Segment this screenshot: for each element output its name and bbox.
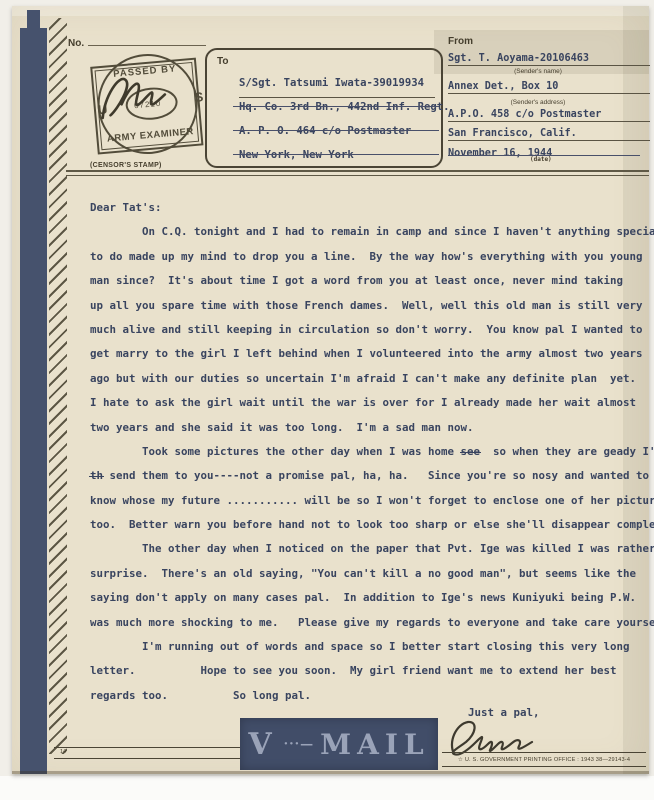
- sender-name: Sgt. T. Aoyama-20106463: [448, 53, 650, 66]
- vmail-logo: V ···— MAIL: [240, 718, 438, 770]
- printing-office-text: ☆ U. S. GOVERNMENT PRINTING OFFICE : 194…: [458, 757, 630, 763]
- struck-text: see: [461, 445, 481, 458]
- printing-office-strip: ☆ U. S. GOVERNMENT PRINTING OFFICE : 194…: [442, 752, 646, 767]
- sender-address-line2: A.P.O. 458 c/o Postmaster: [448, 109, 650, 122]
- body-line: ago but with our duties so uncertain I'm…: [90, 367, 652, 391]
- to-address-line: New York, New York: [239, 146, 435, 170]
- body-line: too. Better warn you before hand not to …: [90, 513, 652, 537]
- vmail-letter-scan: No. PASSED BY U 07210 S ARMY EXAMINER (C…: [0, 0, 654, 800]
- vmail-logo-text: V ···— MAIL: [248, 727, 429, 762]
- number-label: No.: [68, 38, 84, 49]
- paper-bottom-edge: [12, 771, 649, 774]
- left-border-tab: [27, 10, 40, 30]
- body-line: was much more shocking to me. Please giv…: [90, 611, 652, 635]
- body-line: Took some pictures the other day when I …: [90, 440, 652, 464]
- body-line: regards too. So long pal.: [90, 684, 652, 708]
- to-address-box: To S/Sgt. Tatsumi Iwata-39019934Hq. Co. …: [205, 48, 443, 168]
- from-section: From Sgt. T. Aoyama-20106463 (Sender's n…: [448, 36, 650, 159]
- to-address-line: A. P. O. 464 c/o Postmaster: [239, 122, 435, 146]
- left-border-bar: [20, 28, 47, 774]
- letter-body: Dear Tat's: On C.Q. tonight and I had to…: [90, 196, 652, 708]
- form-page-number: 14: [60, 749, 66, 755]
- body-line: saying don't apply on many cases pal. In…: [90, 586, 652, 610]
- footer-rule: [54, 747, 244, 748]
- vmail-form-paper: No. PASSED BY U 07210 S ARMY EXAMINER (C…: [12, 6, 649, 774]
- body-line: know whose my future ........... will be…: [90, 489, 652, 513]
- body-line: letter. Hope to see you soon. My girl fr…: [90, 659, 652, 683]
- censor-signature-scrawl: [88, 58, 194, 136]
- body-line: I hate to ask the girl wait until the wa…: [90, 391, 652, 415]
- body-line: get marry to the girl I left behind when…: [90, 342, 652, 366]
- letter-date: November 16, 1944 (date): [448, 148, 650, 159]
- stamp-letter-s: S: [194, 89, 204, 105]
- censor-stamp: PASSED BY U 07210 S ARMY EXAMINER: [80, 49, 217, 168]
- sender-address-caption: (Sender's address): [458, 99, 618, 106]
- vmail-logo-morse-code: ···—: [284, 737, 315, 752]
- to-address-lines: S/Sgt. Tatsumi Iwata-39019934Hq. Co. 3rd…: [239, 74, 435, 170]
- header-body-divider: [66, 170, 649, 176]
- vmail-logo-mail: MAIL: [320, 728, 430, 761]
- body-line: I'm running out of words and space so I …: [90, 635, 652, 659]
- body-line: two years and she said it was too long. …: [90, 416, 652, 440]
- body-line: On C.Q. tonight and I had to remain in c…: [90, 220, 652, 244]
- sender-address-line1: Annex Det., Box 10: [448, 81, 650, 94]
- scan-background: [0, 776, 654, 800]
- body-line: Dear Tat's:: [90, 196, 652, 220]
- from-label: From: [448, 36, 650, 47]
- struck-text: th: [90, 469, 103, 482]
- body-line: surprise. There's an old saying, "You ca…: [90, 562, 652, 586]
- vmail-logo-v: V: [248, 727, 273, 762]
- paper-shading: [12, 6, 649, 16]
- body-line: The other day when I noticed on the pape…: [90, 537, 652, 561]
- number-field: No.: [68, 38, 206, 49]
- sender-address-line3: San Francisco, Calif.: [448, 128, 650, 141]
- date-caption: (date): [530, 156, 552, 163]
- body-line: th send them to you----not a promise pal…: [90, 464, 652, 488]
- censor-stamp-caption: (CENSOR'S STAMP): [90, 162, 162, 169]
- body-line: much alive and still keeping in circulat…: [90, 318, 652, 342]
- sender-name-caption: (Sender's name): [458, 68, 618, 75]
- body-line: to do made up my mind to drop you a line…: [90, 245, 652, 269]
- number-blank-line: [88, 45, 206, 46]
- to-address-line: S/Sgt. Tatsumi Iwata-39019934: [239, 74, 435, 98]
- body-line: man since? It's about time I got a word …: [90, 269, 652, 293]
- left-hatched-border: [49, 18, 67, 754]
- to-label: To: [217, 56, 228, 67]
- body-line: up all you spare time with those French …: [90, 294, 652, 318]
- footer-rule: [54, 758, 244, 759]
- to-address-line: Hq. Co. 3rd Bn., 442nd Inf. Regt.: [239, 98, 435, 122]
